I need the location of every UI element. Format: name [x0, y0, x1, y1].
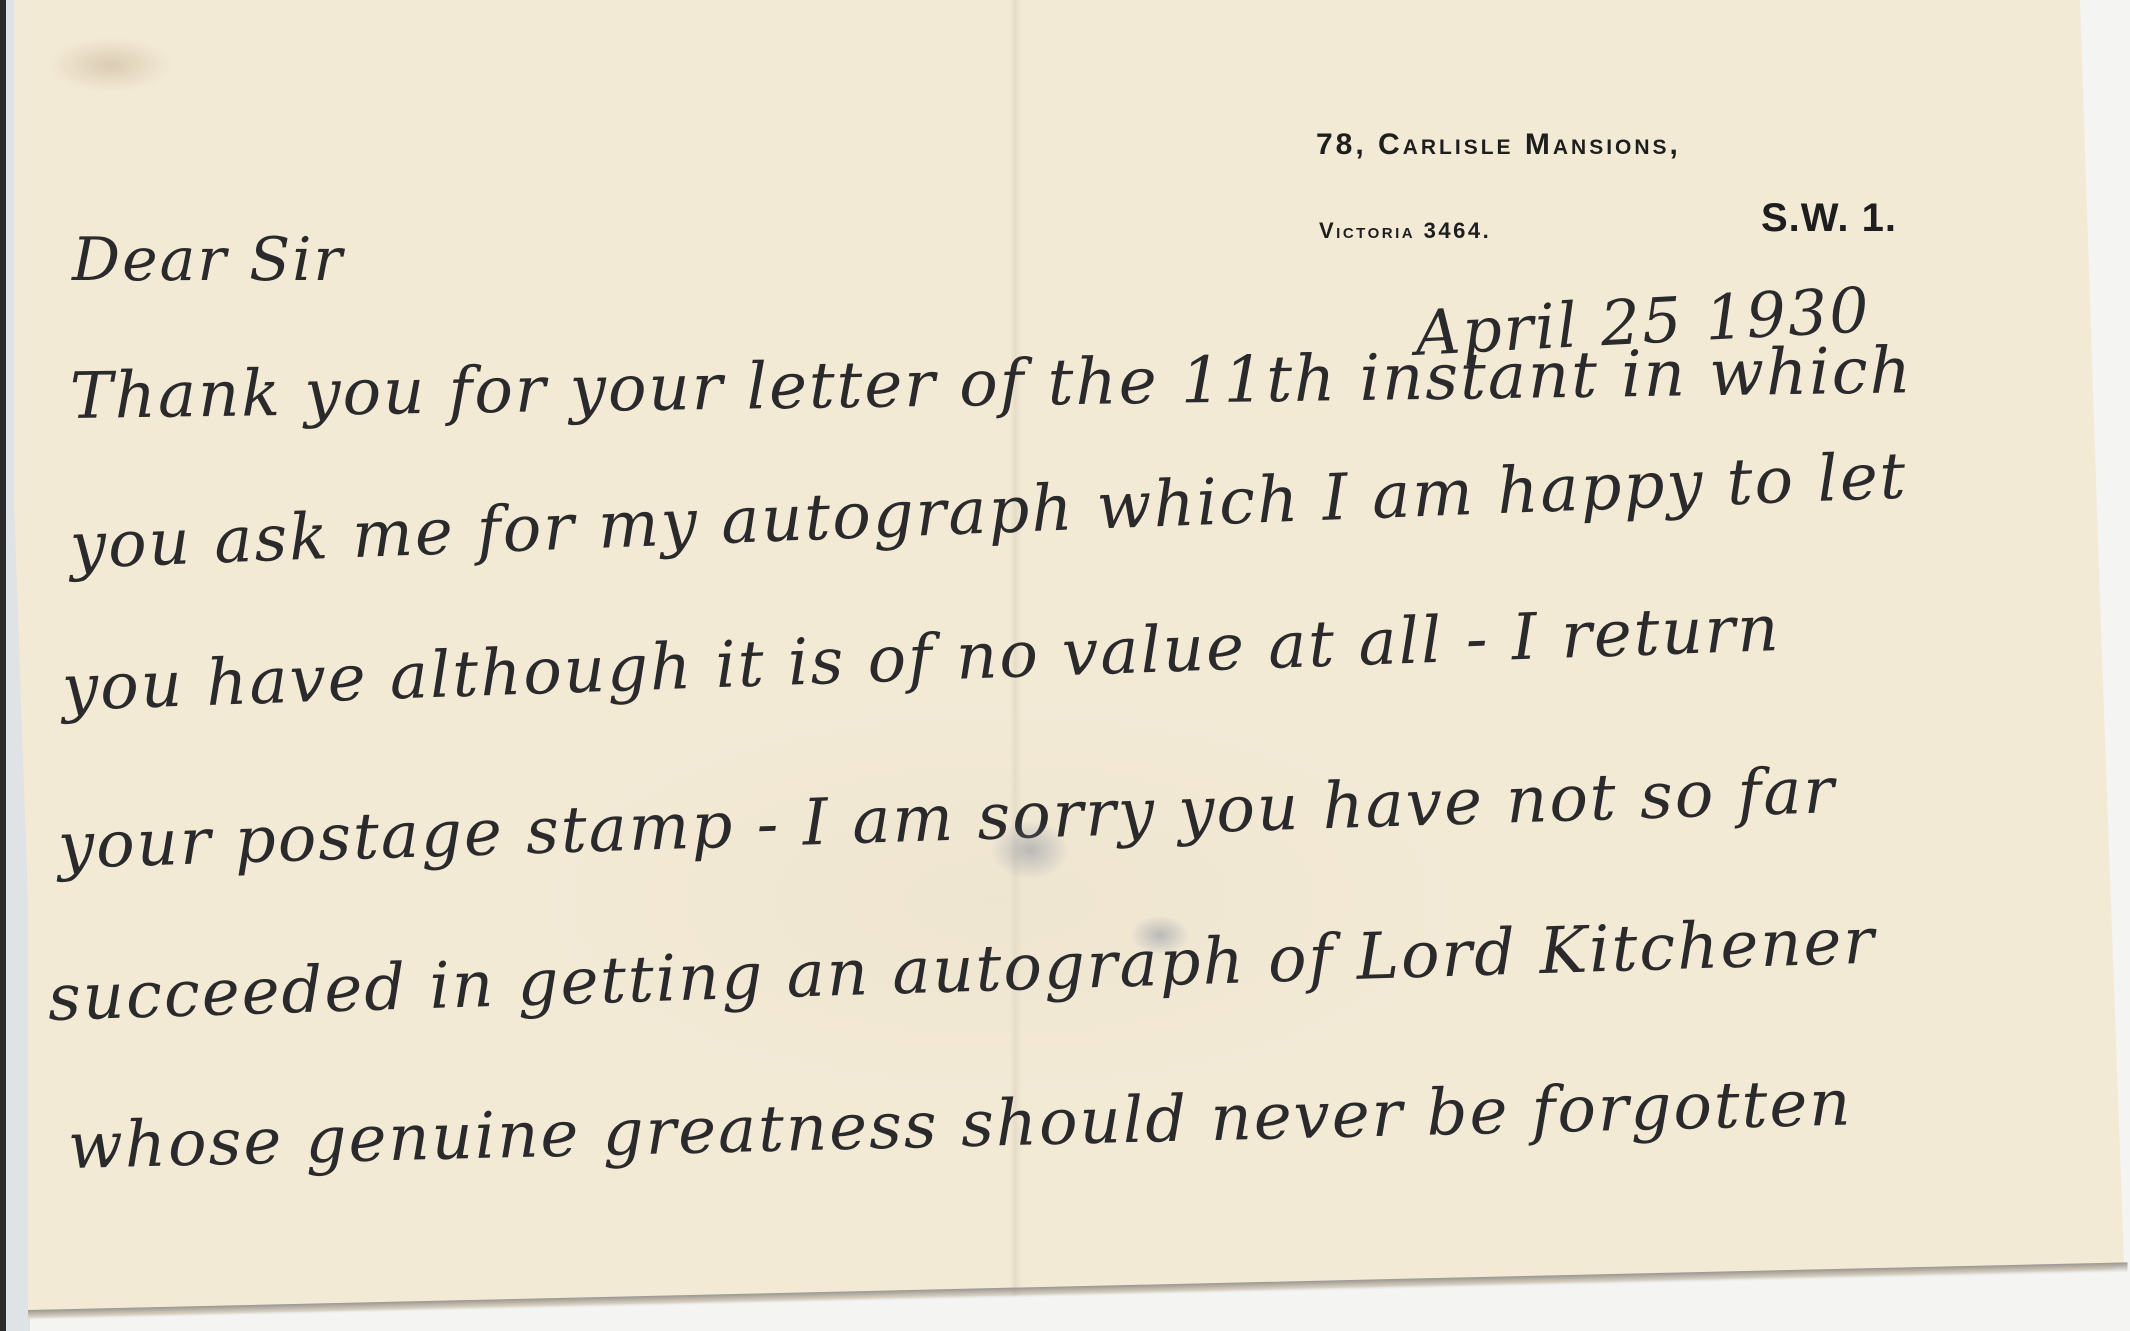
salutation: Dear Sir [72, 225, 344, 295]
letterhead-postcode: S.W. 1. [1761, 196, 1897, 241]
letterhead-address: 78, Carlisle Mansions, [1316, 128, 1681, 162]
ink-smudge [990, 820, 1070, 880]
letterhead-telephone: Victoria 3464. [1319, 218, 1491, 244]
ink-smudge [1130, 915, 1190, 955]
letter-paper: 78, Carlisle Mansions, Victoria 3464. S.… [0, 0, 2130, 1331]
